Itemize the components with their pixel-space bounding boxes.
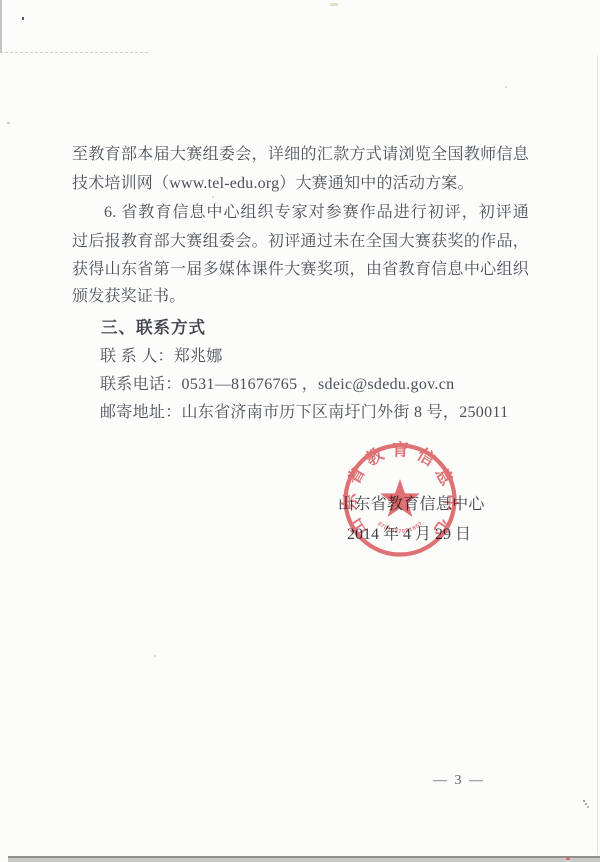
scan-artifact-left-edge — [0, 0, 2, 53]
scan-artifact-right-edge — [597, 55, 598, 855]
contact-address-line: 邮寄地址：山东省济南市历下区南圩门外街 8 号，250011 — [100, 399, 508, 422]
scan-artifact-squiggle — [583, 800, 585, 802]
scan-speck — [154, 655, 156, 657]
body-line: 技术培训网（www.tel-edu.org）大赛通知中的活动方案。 — [72, 173, 529, 194]
scan-speck — [505, 86, 507, 88]
contact-person-line: 联 系 人：郑兆娜 — [100, 343, 223, 366]
page-number: — 3 — — [433, 773, 485, 789]
scan-speck — [566, 857, 570, 860]
body-line: 获得山东省第一届多媒体课件大赛奖项，由省教育信息中心组织 — [72, 259, 529, 280]
contact-section-heading: 三、联系方式 — [101, 314, 206, 338]
body-line: 过后报教育部大赛组委会。初评通过未在全国大赛获奖的作品， — [72, 231, 529, 252]
scan-speck — [7, 122, 10, 124]
body-line: 至教育部本届大赛组委会，详细的汇款方式请浏览全国教师信息 — [72, 144, 529, 165]
official-seal-graphic: 山东省教育信息中心 3701027051857 — [341, 441, 459, 559]
official-seal: 山东省教育信息中心 3701027051857 — [341, 441, 459, 559]
scan-artifact-dotted-line — [0, 52, 148, 53]
scan-artifact-bottom-band — [8, 856, 600, 862]
scan-speck — [330, 3, 338, 6]
body-line: 颁发获奖证书。 — [72, 286, 529, 307]
contact-phone-line: 联系电话：0531—81676765 ，sdeic@sdedu.gov.cn — [100, 371, 454, 394]
seal-serial-code: 3701027051857 — [376, 521, 424, 535]
scan-speck — [22, 17, 24, 20]
seal-star-icon — [380, 479, 420, 517]
scanned-document-page: 至教育部本届大赛组委会，详细的汇款方式请浏览全国教师信息 技术培训网（www.t… — [0, 0, 600, 862]
scan-speck — [212, 196, 214, 198]
body-line: 6. 省教育信息中心组织专家对参赛作品进行初评，初评通 — [72, 202, 529, 223]
